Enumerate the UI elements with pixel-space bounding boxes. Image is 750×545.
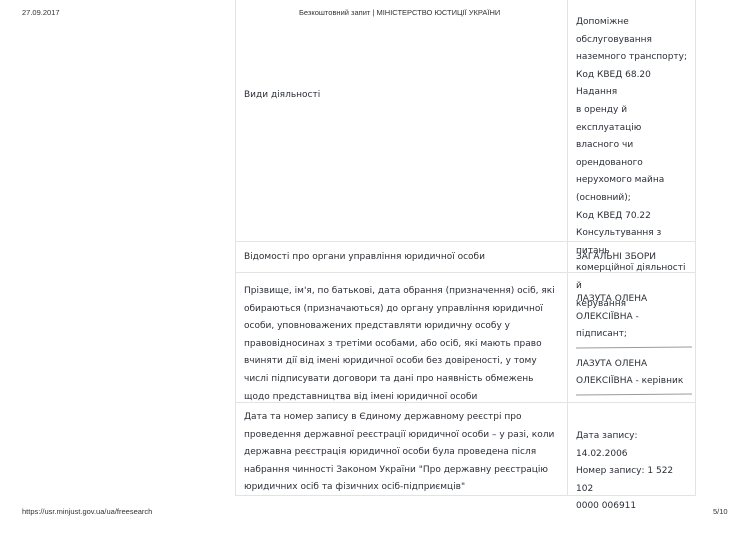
label-text: Види діяльності bbox=[244, 87, 320, 105]
row-value-authorized-persons: ЛАЗУТА ОЛЕНА ОЛЕКСІЇВНА - підписант; ЛАЗ… bbox=[567, 273, 695, 403]
table-row-authorized-persons: Прізвище, ім'я, по батькові, дата обранн… bbox=[236, 272, 695, 403]
table-row-activities: Види діяльності Допоміжне обслуговування… bbox=[236, 0, 695, 241]
table-row-registration-record: Дата та номер запису в Єдиному державном… bbox=[236, 402, 695, 496]
signature-line bbox=[576, 393, 692, 395]
row-label-activities: Види діяльності bbox=[236, 0, 567, 241]
signature-line bbox=[576, 346, 692, 348]
row-value-governing-bodies: ЗАГАЛЬНІ ЗБОРИ bbox=[567, 242, 695, 273]
page-number: 5/10 bbox=[713, 507, 728, 516]
row-value-activities: Допоміжне обслуговування наземного транс… bbox=[567, 0, 695, 241]
label-text: Прізвище, ім'я, по батькові, дата обранн… bbox=[244, 286, 555, 402]
row-value-registration-record: Дата запису: 14.02.2006 Номер запису: 1 … bbox=[567, 403, 695, 496]
table-row-governing-bodies: Відомості про органи управління юридично… bbox=[236, 241, 695, 273]
registry-table: Види діяльності Допоміжне обслуговування… bbox=[235, 0, 696, 496]
person-signatory: ЛАЗУТА ОЛЕНА ОЛЕКСІЇВНА - підписант; bbox=[576, 291, 687, 344]
print-date: 27.09.2017 bbox=[22, 8, 60, 17]
label-text: Відомості про органи управління юридично… bbox=[244, 249, 485, 267]
person-head: ЛАЗУТА ОЛЕНА ОЛЕКСІЇВНА - керівник bbox=[576, 356, 687, 391]
row-label-registration-record: Дата та номер запису в Єдиному державном… bbox=[236, 403, 567, 496]
row-label-governing-bodies: Відомості про органи управління юридично… bbox=[236, 242, 567, 273]
footer-url: https://usr.minjust.gov.ua/ua/freesearch bbox=[22, 507, 152, 516]
label-text: Дата та номер запису в Єдиному державном… bbox=[244, 412, 554, 492]
row-label-authorized-persons: Прізвище, ім'я, по батькові, дата обранн… bbox=[236, 273, 567, 403]
value-text: ЗАГАЛЬНІ ЗБОРИ bbox=[576, 249, 656, 267]
